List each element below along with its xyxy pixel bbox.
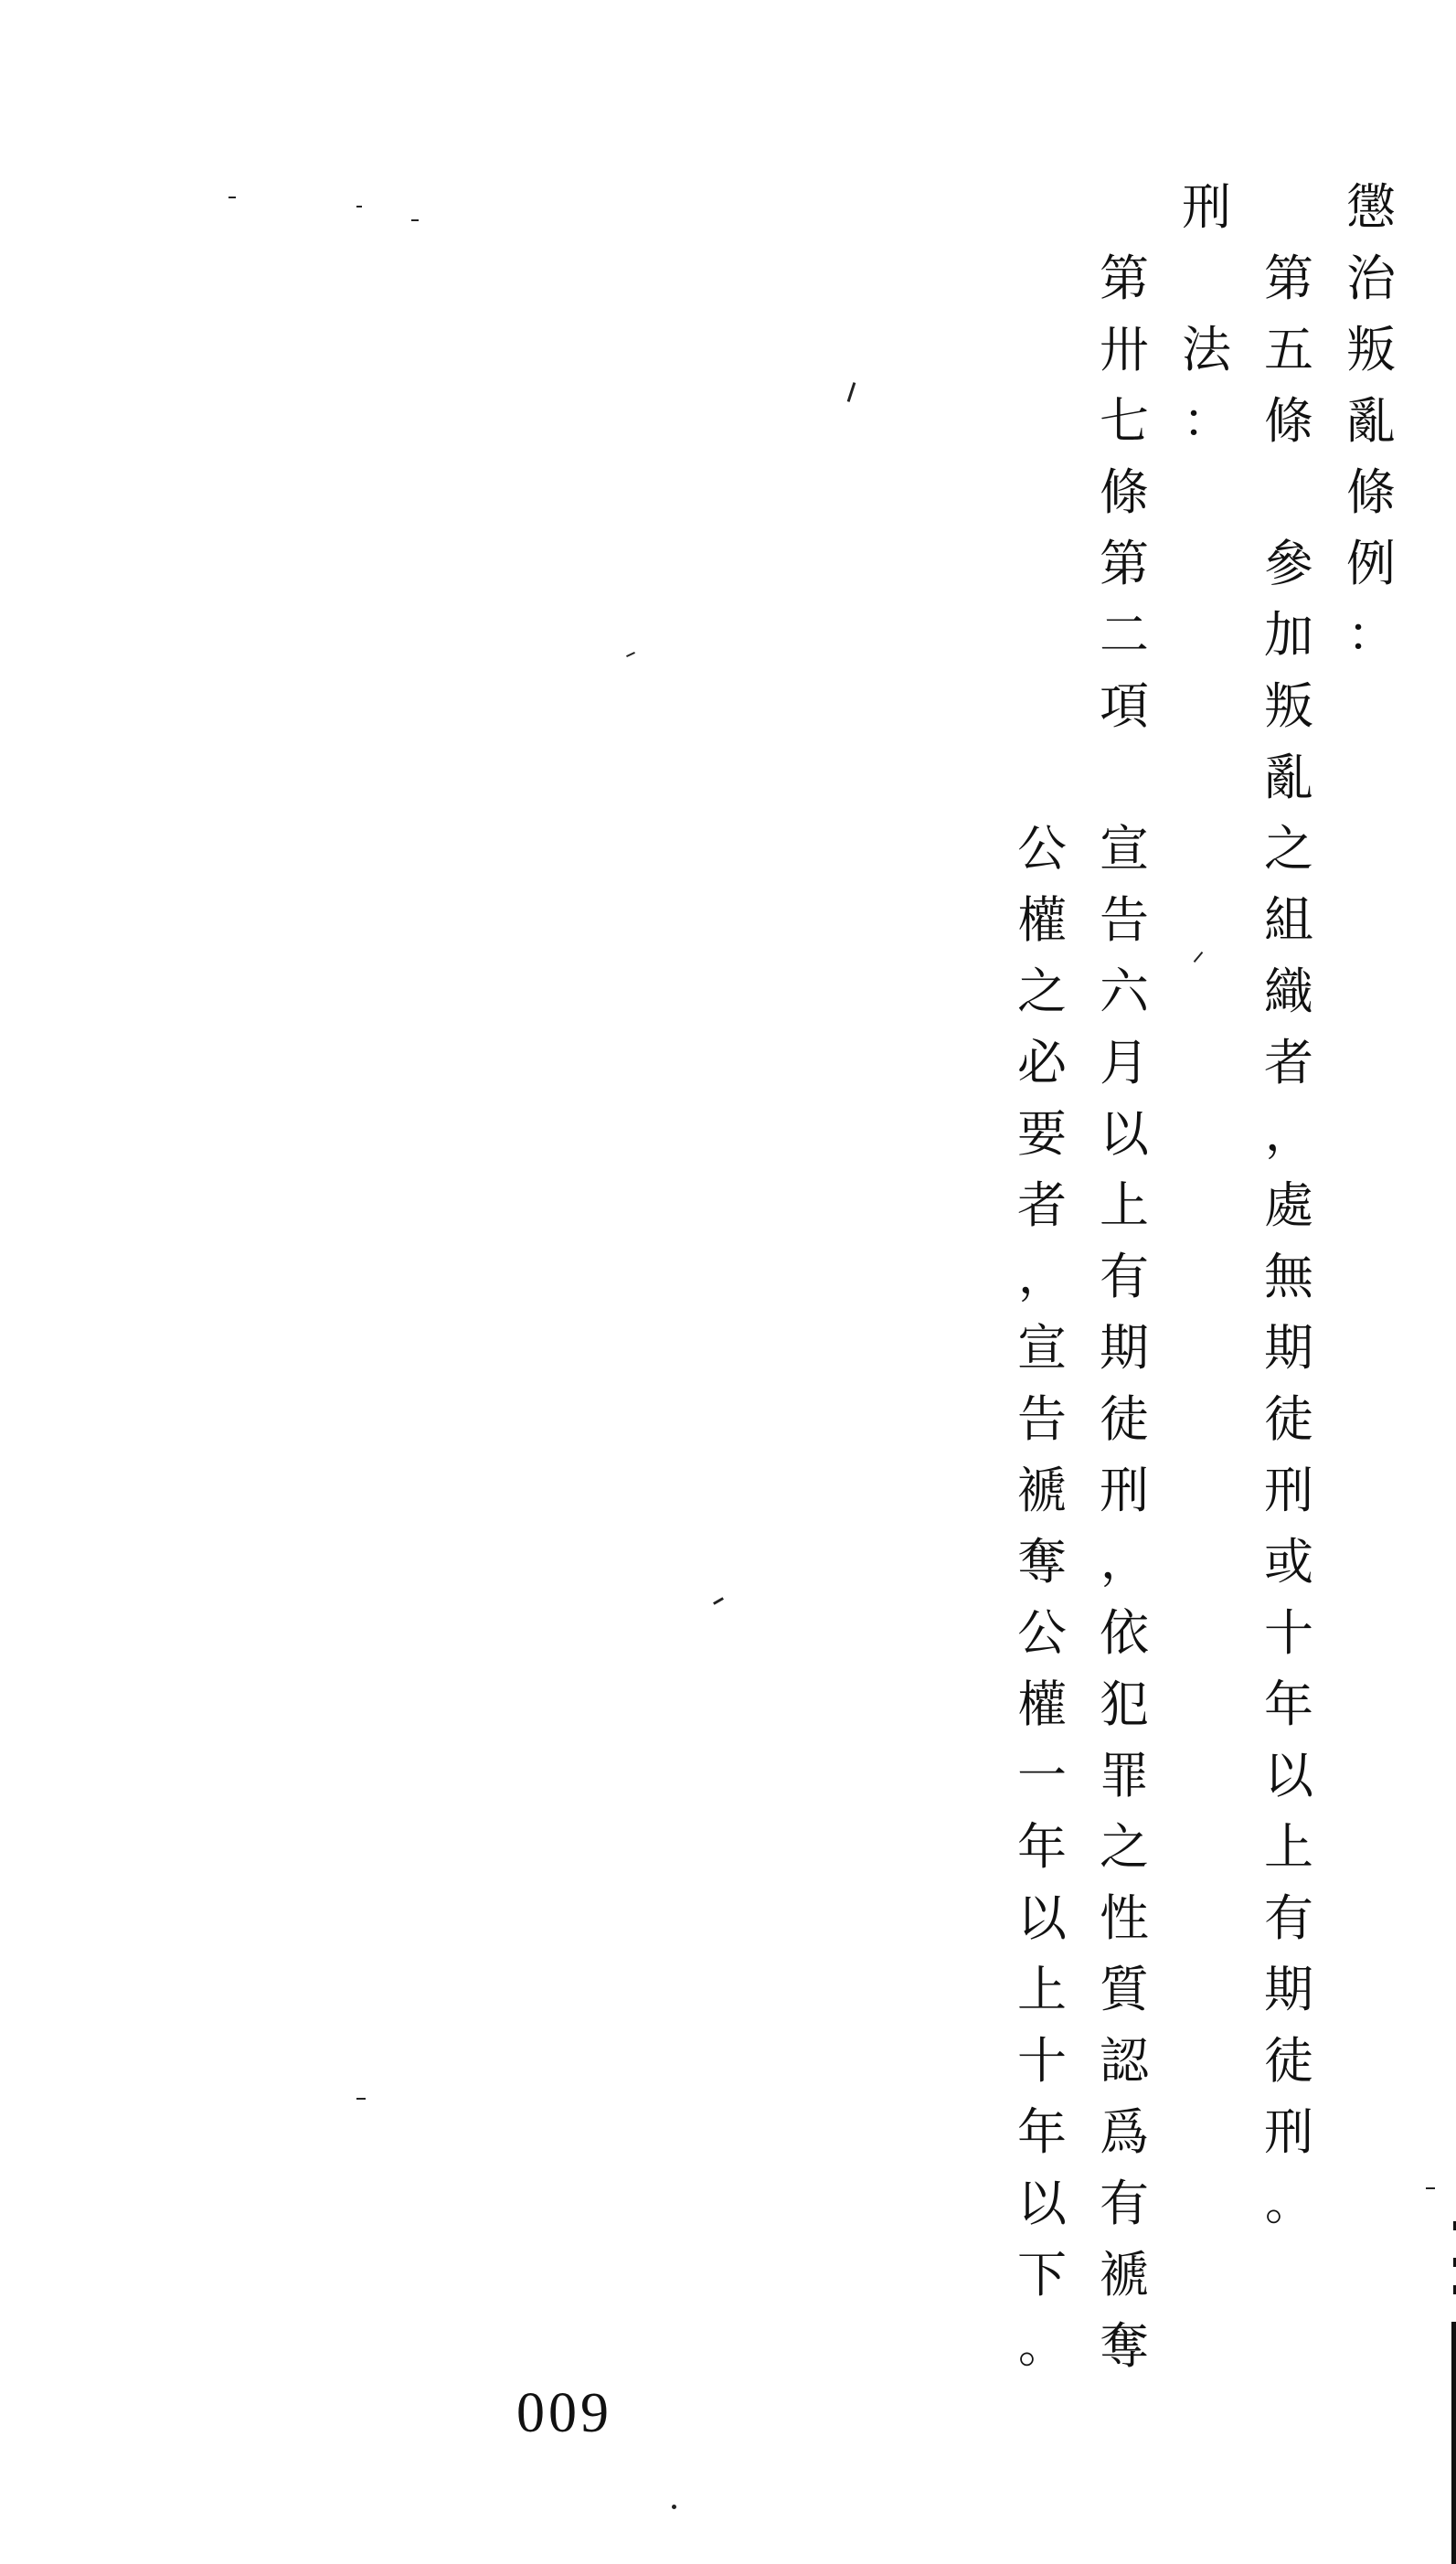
scan-speck (672, 2505, 676, 2509)
text-char: 上 (1252, 1812, 1325, 1883)
text-char: 性 (1088, 1883, 1161, 1954)
text-char: 第 (1088, 528, 1161, 600)
text-char: 公 (1005, 1598, 1079, 1669)
text-char: 上 (1088, 1170, 1161, 1241)
article-37-column: 第卅七條第二項宣告六月以上有期徒刑，依犯罪之性質認爲有褫奪 (1088, 243, 1161, 2382)
text-char: 參 (1252, 528, 1325, 600)
text-char: 期 (1088, 1313, 1161, 1384)
text-char: 者 (1252, 1027, 1325, 1099)
page-edge-border (1451, 2322, 1456, 2564)
scan-speck (411, 219, 419, 221)
text-char: 必 (1005, 1027, 1079, 1099)
text-char: 以 (1005, 1883, 1079, 1954)
text-char: 期 (1252, 1954, 1325, 2026)
text-char: 條 (1088, 457, 1161, 528)
text-char: 加 (1252, 600, 1325, 671)
text-char: 有 (1252, 1883, 1325, 1954)
punctuation-char: 。 (1252, 2168, 1325, 2240)
text-char: 要 (1005, 1099, 1079, 1170)
text-char: 懲 (1334, 172, 1408, 243)
text-char: 罪 (1088, 1740, 1161, 1812)
criminal-code-heading-column: 刑法： (1170, 172, 1243, 457)
text-char: 有 (1088, 2168, 1161, 2240)
text-char: 徒 (1252, 1384, 1325, 1455)
text-char: 年 (1005, 2097, 1079, 2168)
scan-speck (356, 206, 362, 207)
text-char: 期 (1252, 1313, 1325, 1384)
document-page: 懲治叛亂條例： 第五條參加叛亂之組織者，處無期徒刑或十年以上有期徒刑。 刑法： … (0, 0, 1456, 2564)
punctuation-char: 。 (1005, 2311, 1079, 2382)
column-spacer (1088, 742, 1161, 814)
text-char: 徒 (1088, 1384, 1161, 1455)
text-char: 叛 (1252, 671, 1325, 742)
text-char: 刑 (1170, 172, 1243, 243)
punctuation-char: ， (1088, 1527, 1161, 1598)
text-char: 依 (1088, 1598, 1161, 1669)
text-char: 下 (1005, 2240, 1079, 2311)
text-char: 組 (1252, 885, 1325, 956)
text-char: 條 (1334, 457, 1408, 528)
text-char: 項 (1088, 671, 1161, 742)
text-char: 亂 (1252, 742, 1325, 814)
text-char: 叛 (1334, 314, 1408, 386)
text-char: 褫 (1005, 1455, 1079, 1527)
text-char: 或 (1252, 1527, 1325, 1598)
text-char: 權 (1005, 1669, 1079, 1740)
scan-speck (1194, 952, 1204, 963)
punctuation-char: ， (1005, 1241, 1079, 1313)
text-char: 上 (1005, 1954, 1079, 2026)
text-char: 刑 (1252, 1455, 1325, 1527)
text-char: 以 (1252, 1740, 1325, 1812)
text-char: 七 (1088, 386, 1161, 457)
text-char: 奪 (1005, 1527, 1079, 1598)
text-char: 認 (1088, 2026, 1161, 2097)
text-char: 二 (1088, 600, 1161, 671)
text-char: 告 (1005, 1384, 1079, 1455)
text-char: 十 (1005, 2026, 1079, 2097)
text-char: 第 (1252, 243, 1325, 314)
text-char: 處 (1252, 1170, 1325, 1241)
text-char: 例 (1334, 528, 1408, 600)
text-char: 六 (1088, 956, 1161, 1027)
text-char: 質 (1088, 1954, 1161, 2026)
punctuation-char: ： (1334, 600, 1408, 671)
scan-speck (228, 197, 236, 198)
text-char: 者 (1005, 1170, 1079, 1241)
text-char: 公 (1005, 814, 1079, 885)
text-char: 褫 (1088, 2240, 1161, 2311)
text-char: 奪 (1088, 2311, 1161, 2382)
text-char: 爲 (1088, 2097, 1161, 2168)
text-char: 五 (1252, 314, 1325, 386)
text-char: 亂 (1334, 386, 1408, 457)
text-char: 無 (1252, 1241, 1325, 1313)
text-char: 有 (1088, 1241, 1161, 1313)
text-char: 告 (1088, 885, 1161, 956)
text-char: 刑 (1088, 1455, 1161, 1527)
text-char: 月 (1088, 1027, 1161, 1099)
text-char: 年 (1252, 1669, 1325, 1740)
text-char: 權 (1005, 885, 1079, 956)
text-char: 十 (1252, 1598, 1325, 1669)
text-char: 以 (1005, 2168, 1079, 2240)
text-char: 犯 (1088, 1669, 1161, 1740)
text-char: 以 (1088, 1099, 1161, 1170)
scan-speck (713, 1597, 724, 1605)
text-char: 刑 (1252, 2097, 1325, 2168)
scan-speck (1426, 2187, 1435, 2189)
column-spacer (1252, 457, 1325, 528)
text-char: 徒 (1252, 2026, 1325, 2097)
punctuation-char: ： (1170, 386, 1243, 457)
text-char: 宣 (1005, 1313, 1079, 1384)
punctuation-char: ， (1252, 1099, 1325, 1170)
statute-title-column: 懲治叛亂條例： (1334, 172, 1408, 671)
article-5-column: 第五條參加叛亂之組織者，處無期徒刑或十年以上有期徒刑。 (1252, 243, 1325, 2240)
text-char: 之 (1005, 956, 1079, 1027)
scan-speck (356, 2098, 366, 2100)
text-char: 織 (1252, 956, 1325, 1027)
text-char: 第 (1088, 243, 1161, 314)
text-char: 之 (1252, 814, 1325, 885)
text-char: 卅 (1088, 314, 1161, 386)
text-char: 宣 (1088, 814, 1161, 885)
text-char: 年 (1005, 1812, 1079, 1883)
text-char: 治 (1334, 243, 1408, 314)
text-char: 法 (1170, 314, 1243, 386)
scan-speck (847, 382, 856, 402)
text-char: 之 (1088, 1812, 1161, 1883)
column-spacer (1170, 243, 1243, 314)
article-37-continuation-column: 公權之必要者，宣告褫奪公權一年以上十年以下。 (1005, 814, 1079, 2382)
text-char: 條 (1252, 386, 1325, 457)
scan-speck (626, 652, 635, 657)
text-char: 一 (1005, 1740, 1079, 1812)
page-number: 009 (516, 2381, 612, 2446)
